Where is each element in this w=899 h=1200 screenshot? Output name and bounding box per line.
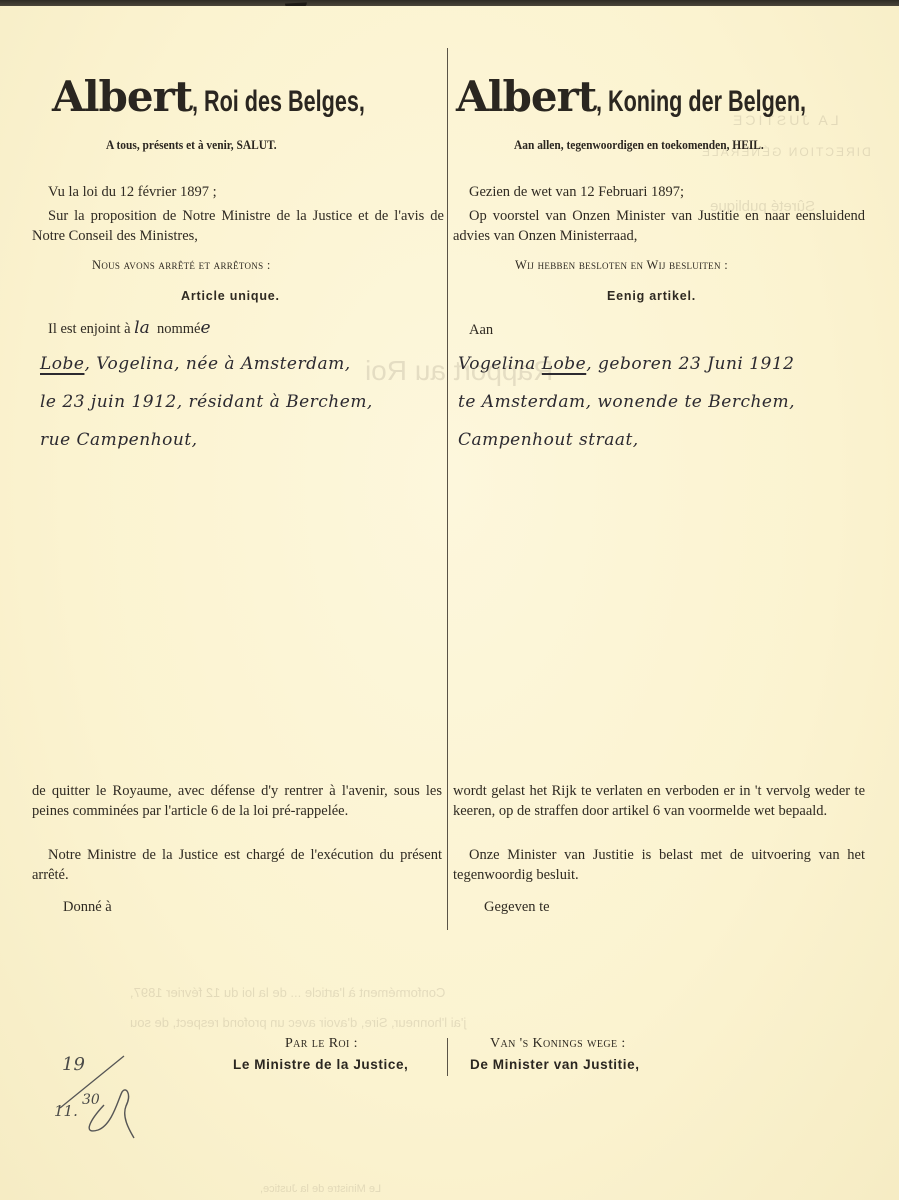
bleed-through-text: Le Ministre de la Justice, [260, 1183, 381, 1195]
handwritten-line: Campenhout straat, [458, 421, 795, 459]
handwritten-suffix: e [201, 318, 211, 338]
french-execution-text: Notre Ministre de la Justice est chargé … [32, 845, 442, 885]
handwritten-line: le 23 juin 1912, résidant à Berchem, [40, 383, 373, 421]
annotation-number-top: 19 [62, 1054, 85, 1075]
french-preamble-proposal: Sur la proposition de Notre Ministre de … [32, 206, 444, 246]
annotation-number-bottom-left: 11. [54, 1102, 78, 1120]
handwritten-text: , Vogelina, née à Amsterdam, [84, 354, 350, 374]
dutch-given-at: Gegeven te [484, 897, 550, 917]
handwritten-surname: Lobe [542, 354, 586, 374]
bleed-through-text: Conformément à l'article ... de la loi d… [130, 985, 445, 1000]
handwritten-line: rue Campenhout, [40, 421, 373, 459]
handwritten-line: Lobe, Vogelina, née à Amsterdam, [40, 345, 373, 383]
dutch-salutation: Aan allen, tegenwoordigen en toekomenden… [514, 137, 764, 153]
bleed-through-text: j'ai l'honneur, Sire, d'avoir avec un pr… [130, 1015, 466, 1030]
french-given-at: Donné à [63, 897, 112, 917]
annotation-number-bottom-mid: 30 [82, 1092, 100, 1108]
handwritten-line: te Amsterdam, wonende te Berchem, [458, 383, 795, 421]
dutch-article-heading: Eenig artikel. [607, 289, 696, 303]
column-divider [447, 48, 448, 930]
king-name: Albert [456, 72, 596, 121]
dutch-order-text: wordt gelast het Rijk te verlaten en ver… [453, 781, 865, 821]
french-preamble-proposal-text: Sur la proposition de Notre Ministre de … [32, 208, 444, 244]
dutch-preamble-proposal: Op voorstel van Onzen Minister van Justi… [453, 206, 865, 246]
dutch-handwritten-person: Vogelina Lobe, geboren 23 Juni 1912 te A… [458, 345, 795, 459]
french-order-text: de quitter le Royaume, avec défense d'y … [32, 781, 442, 821]
french-signature-title: Le Ministre de la Justice, [233, 1057, 408, 1072]
french-salutation: A tous, présents et à venir, SALUT. [106, 137, 277, 153]
king-name: Albert [52, 72, 192, 121]
dutch-signature-label: Van 's Konings wege : [490, 1036, 626, 1052]
french-decree-formula: Nous avons arrêté et arrêtons : [92, 258, 271, 273]
injunction-prefix: Il est enjoint à [48, 321, 131, 337]
handwritten-surname: Lobe [40, 354, 84, 374]
handwritten-text: , geboren 23 Juni 1912 [586, 354, 794, 374]
dutch-injunction: Aan [469, 320, 493, 340]
dutch-decree-formula: Wij hebben besloten en Wij besluiten : [515, 258, 728, 273]
dutch-title: Albert, Koning der Belgen, [456, 72, 888, 121]
french-preamble-law: Vu la loi du 12 février 1897 ; [48, 182, 428, 202]
french-injunction: Il est enjoint à la nommée [48, 318, 211, 339]
dutch-signature-title: De Minister van Justitie, [470, 1057, 640, 1072]
handwritten-line: Vogelina Lobe, geboren 23 Juni 1912 [458, 345, 795, 383]
french-signature-label: Par le Roi : [285, 1036, 358, 1052]
french-handwritten-person: Lobe, Vogelina, née à Amsterdam, le 23 j… [40, 345, 373, 459]
dutch-preamble-law: Gezien de wet van 12 Februari 1897; [469, 182, 869, 202]
handwritten-article: la [134, 318, 150, 338]
french-article-heading: Article unique. [181, 289, 280, 303]
signature-divider [447, 1038, 448, 1076]
king-title: , Koning der Belgen, [596, 85, 806, 119]
french-title: Albert, Roi des Belges, [52, 72, 432, 121]
handwritten-firstname: Vogelina [458, 354, 536, 374]
king-title: , Roi des Belges, [192, 85, 365, 119]
dutch-preamble-proposal-text: Op voorstel van Onzen Minister van Justi… [453, 208, 865, 244]
injunction-suffix: nommé [157, 321, 201, 337]
margin-pencil-annotation: 19 11. 30 [52, 1050, 142, 1140]
dutch-execution-text: Onze Minister van Justitie is belast met… [453, 845, 865, 885]
